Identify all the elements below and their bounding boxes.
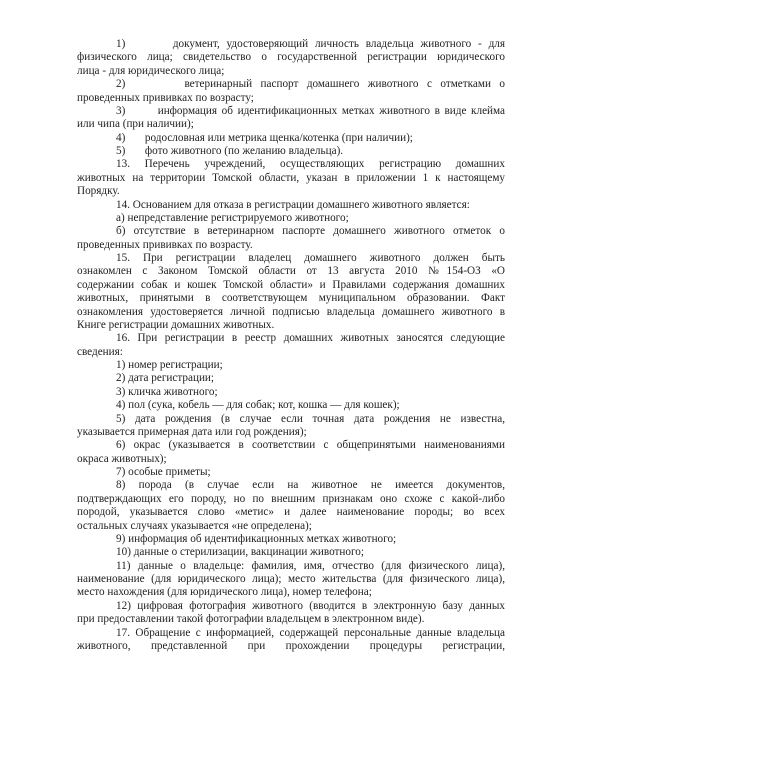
document-line: остальных случаях указывается «не опреде…: [77, 520, 505, 533]
document-line: 14. Основанием для отказа в регистрации …: [77, 199, 505, 212]
document-line: проведенных прививках по возрасту;: [77, 92, 505, 105]
document-line: наименование (для юридического лица); ме…: [77, 573, 505, 586]
document-line: 2) дата регистрации;: [77, 372, 505, 385]
document-line: 7) особые приметы;: [77, 466, 505, 479]
document-line: 4) пол (сука, кобель — для собак; кот, к…: [77, 399, 505, 412]
document-line: указывается примерная дата или год рожде…: [77, 426, 505, 439]
document-line: содержании собак и кошек Томской области…: [77, 279, 505, 292]
document-line: ознакомления удостоверяется личной подпи…: [77, 306, 505, 319]
document-line: 8) порода (в случае если на животное не …: [77, 479, 505, 492]
document-line: 4) родословная или метрика щенка/котенка…: [77, 132, 505, 145]
document-line: подтверждающих его породу, но по внешним…: [77, 493, 505, 506]
document-line: 15. При регистрации владелец домашнего ж…: [77, 252, 505, 265]
document-line: 1) документ, удостоверяющий личность вла…: [77, 38, 505, 51]
document-line: 5) дата рождения (в случае если точная д…: [77, 413, 505, 426]
document-page: 1) документ, удостоверяющий личность вла…: [0, 0, 768, 768]
document-line: физического лица; свидетельство о госуда…: [77, 51, 505, 64]
document-line: 11) данные о владельце: фамилия, имя, от…: [77, 560, 505, 573]
document-line: 5) фото животного (по желанию владельца)…: [77, 145, 505, 158]
document-line: 6) окрас (указывается в соответствии с о…: [77, 439, 505, 452]
document-line: породой, указывается слово «метис» и дал…: [77, 506, 505, 519]
document-line: лица - для юридического лица;: [77, 65, 505, 78]
document-line: окраса животных);: [77, 453, 505, 466]
document-line: при предоставлении такой фотографии влад…: [77, 613, 505, 626]
document-line: 9) информация об идентификационных метка…: [77, 533, 505, 546]
document-line: Порядку.: [77, 185, 505, 198]
document-line: 16. При регистрации в реестр домашних жи…: [77, 332, 505, 345]
document-line: сведения:: [77, 346, 505, 359]
document-body: 1) документ, удостоверяющий личность вла…: [77, 38, 505, 653]
document-line: 1) номер регистрации;: [77, 359, 505, 372]
document-line: или чипа (при наличии);: [77, 118, 505, 131]
document-line: животного, представленной при прохождени…: [77, 640, 505, 653]
document-line: животных, принятыми в соответствующем му…: [77, 292, 505, 305]
document-line: 10) данные о стерилизации, вакцинации жи…: [77, 546, 505, 559]
document-line: ознакомлен с Законом Томской области от …: [77, 265, 505, 278]
document-line: а) непредставление регистрируемого живот…: [77, 212, 505, 225]
document-line: место нахождения (для юридического лица)…: [77, 586, 505, 599]
document-line: 12) цифровая фотография животного (вводи…: [77, 600, 505, 613]
document-line: 3) информация об идентификационных метка…: [77, 105, 505, 118]
document-line: животных на территории Томской области, …: [77, 172, 505, 185]
document-line: б) отсутствие в ветеринарном паспорте до…: [77, 225, 505, 238]
document-line: 3) кличка животного;: [77, 386, 505, 399]
document-line: 2) ветеринарный паспорт домашнего животн…: [77, 78, 505, 91]
document-line: Книге регистрации домашних животных.: [77, 319, 505, 332]
document-line: 13. Перечень учреждений, осуществляющих …: [77, 158, 505, 171]
document-line: проведенных прививках по возрасту.: [77, 239, 505, 252]
document-line: 17. Обращение с информацией, содержащей …: [77, 627, 505, 640]
